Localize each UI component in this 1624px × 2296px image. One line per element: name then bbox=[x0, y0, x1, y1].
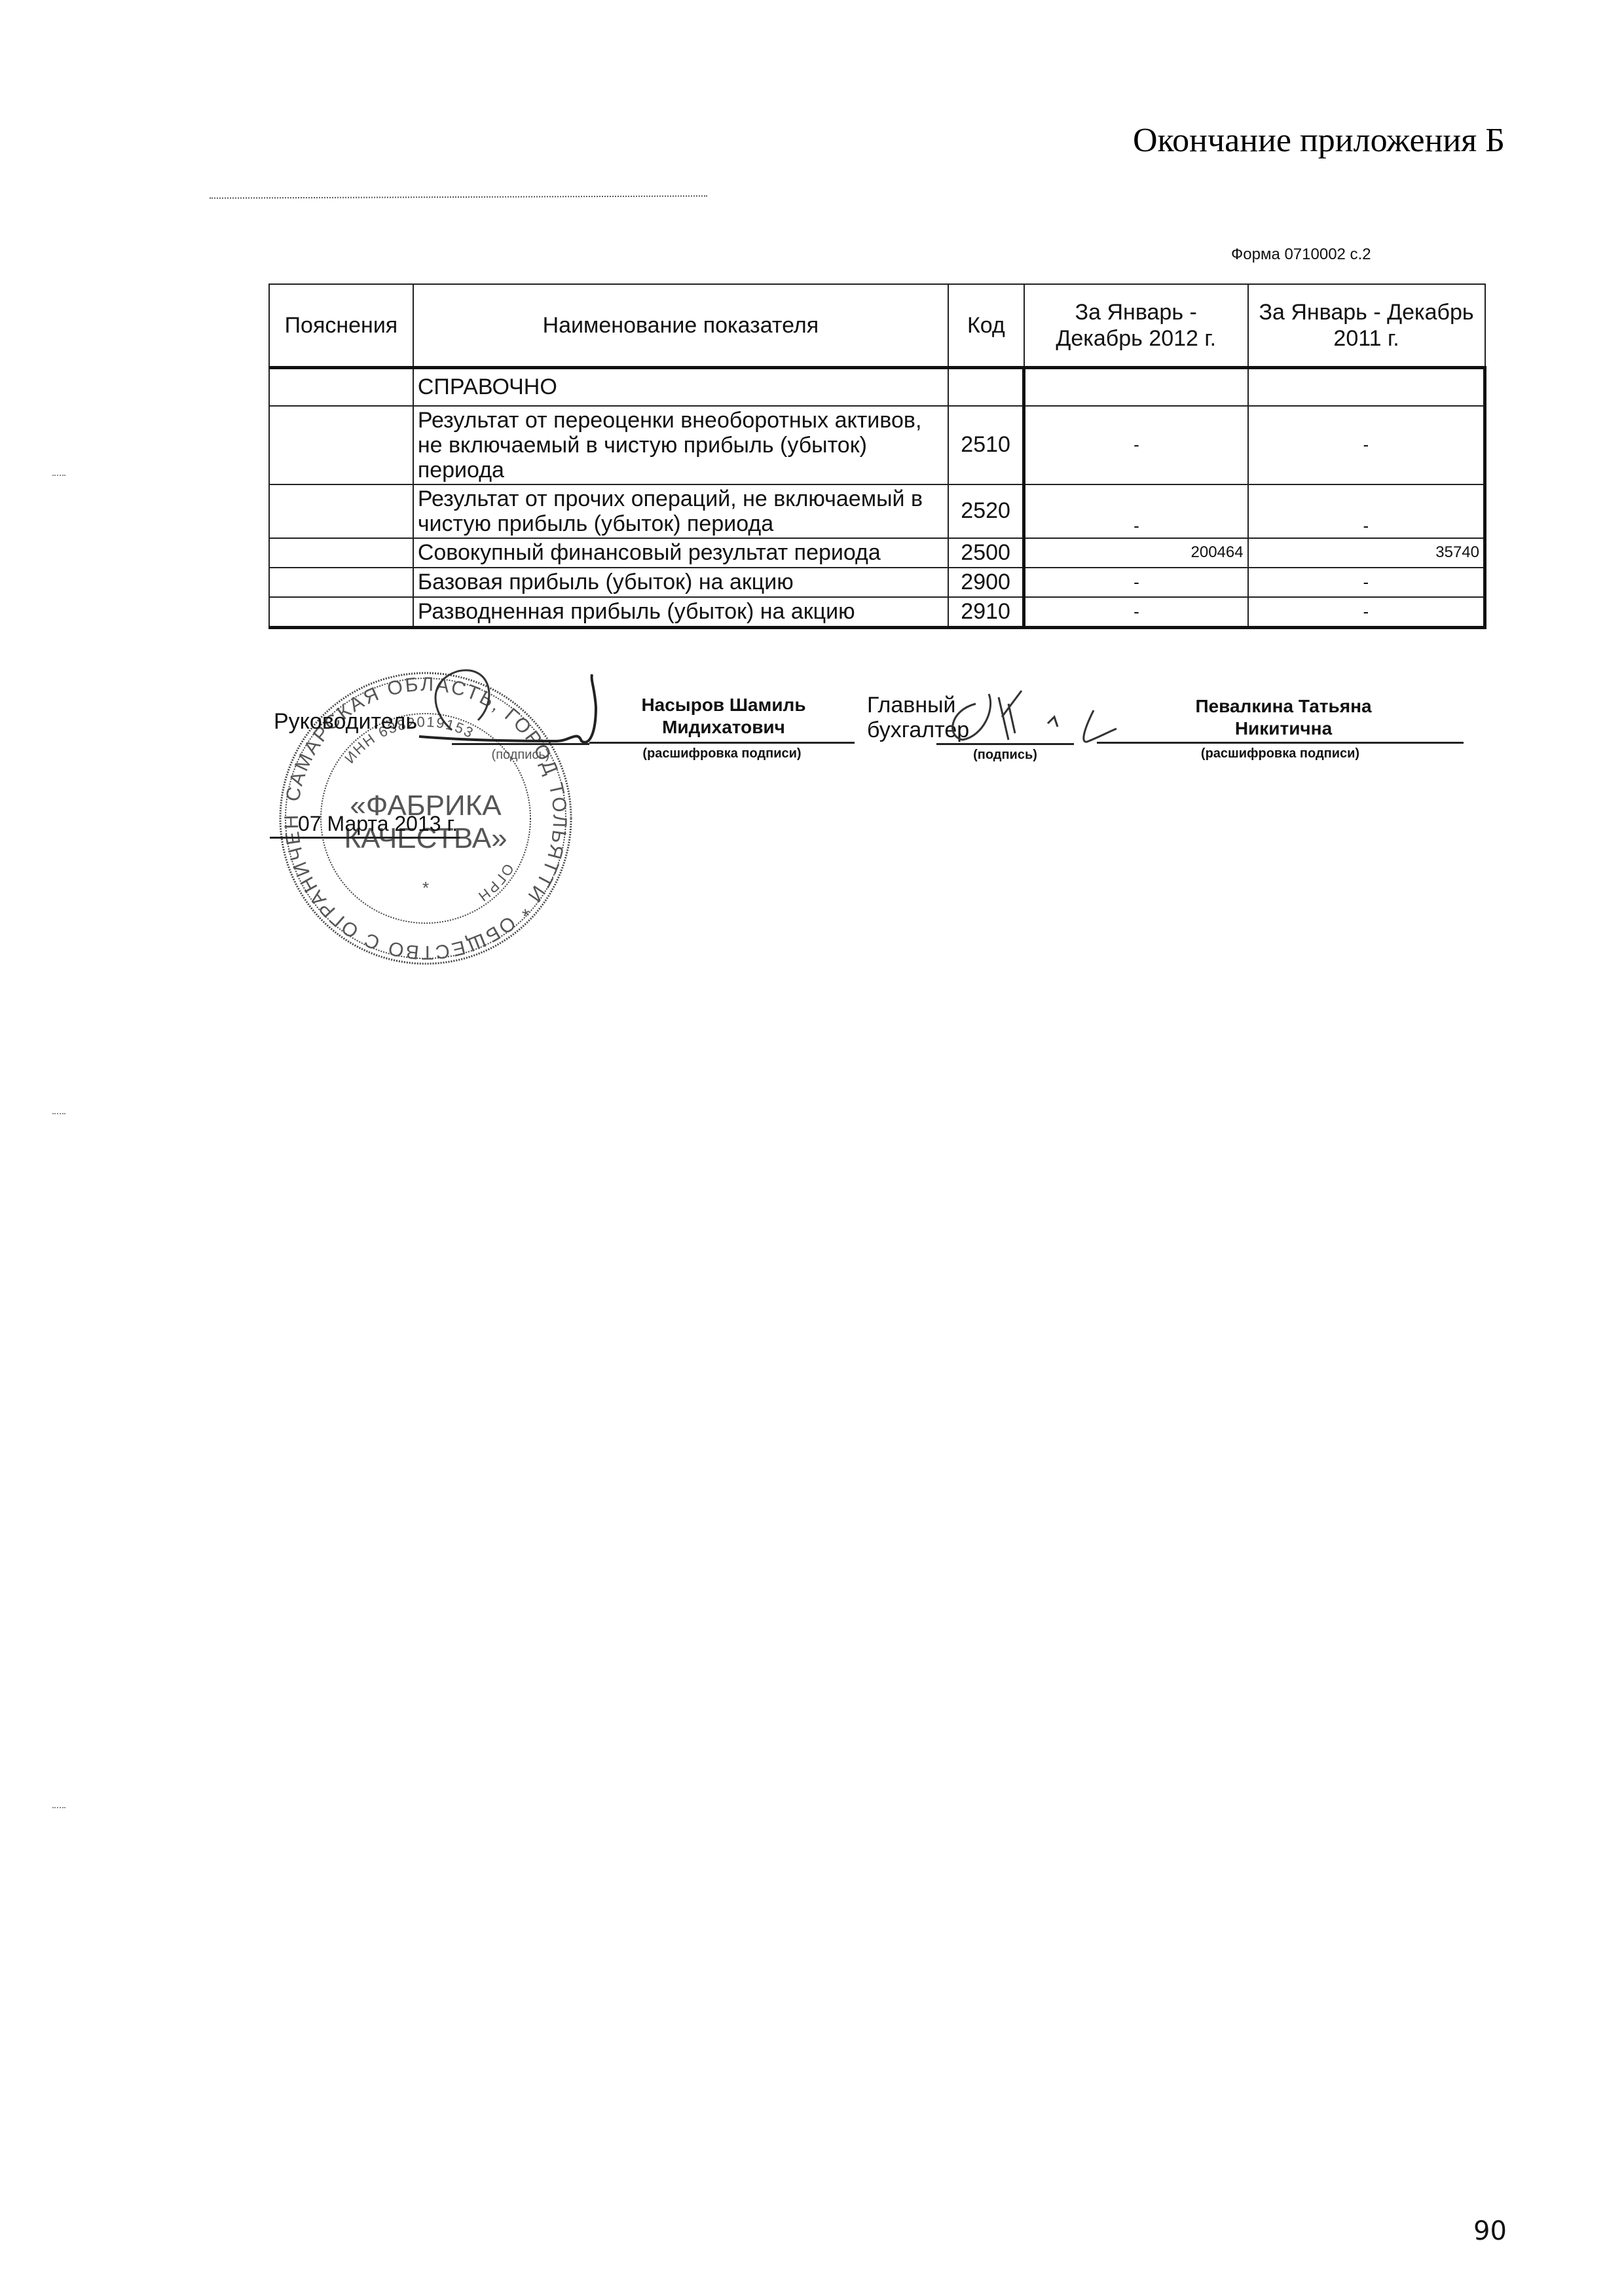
table-row: Совокупный финансовый результат периода … bbox=[269, 538, 1485, 568]
row-name: Совокупный финансовый результат периода bbox=[413, 538, 948, 568]
row-code: 2500 bbox=[948, 538, 1024, 568]
row-value-2011: - bbox=[1248, 484, 1485, 538]
signing-date: 07 Марта 2013 г. bbox=[298, 812, 458, 836]
row-name: СПРАВОЧНО bbox=[413, 368, 948, 406]
chief-accountant-name-line1: Певалкина Татьяна bbox=[1100, 695, 1467, 718]
head-name: Насыров Шамиль Мидихатович bbox=[593, 694, 855, 738]
row-explanation bbox=[269, 538, 413, 568]
row-value-2012: - bbox=[1024, 406, 1248, 484]
table-row: СПРАВОЧНО bbox=[269, 368, 1485, 406]
date-line bbox=[270, 837, 460, 839]
chief-accountant-name-line2: Никитична bbox=[1100, 718, 1467, 740]
page-number: 90 bbox=[1473, 2216, 1507, 2246]
chief-accountant-signature-line bbox=[936, 743, 1074, 745]
row-name: Разводненная прибыль (убыток) на акцию bbox=[413, 597, 948, 628]
form-code: Форма 0710002 с.2 bbox=[1231, 246, 1371, 264]
top-rule-divider bbox=[210, 195, 707, 198]
stamp-star-icon: * bbox=[422, 878, 429, 898]
header-indicator-name: Наименование показателя bbox=[413, 284, 948, 368]
head-handwritten-signature-icon bbox=[406, 668, 602, 753]
appendix-title: Окончание приложения Б bbox=[1133, 121, 1505, 160]
financial-results-table: Пояснения Наименование показателя Код За… bbox=[268, 283, 1486, 629]
row-code: 2910 bbox=[948, 597, 1024, 628]
row-value-2011: - bbox=[1248, 597, 1485, 628]
head-name-line2: Мидихатович bbox=[593, 716, 855, 738]
header-code: Код bbox=[948, 284, 1024, 368]
table-row: Результат от переоценки внеоборотных акт… bbox=[269, 406, 1485, 484]
chief-accountant-signature-caption: (подпись) bbox=[936, 748, 1074, 763]
row-explanation bbox=[269, 406, 413, 484]
row-explanation bbox=[269, 484, 413, 538]
row-value-2011: 35740 bbox=[1248, 538, 1485, 568]
row-explanation bbox=[269, 597, 413, 628]
row-value-2012: - bbox=[1024, 568, 1248, 597]
scan-mark bbox=[52, 1807, 65, 1808]
row-explanation bbox=[269, 568, 413, 597]
scan-mark bbox=[52, 475, 65, 476]
stamp-ogrn: ОГРН bbox=[474, 861, 517, 905]
header-period-2011: За Январь - Декабрь 2011 г. bbox=[1248, 284, 1485, 368]
head-name-line1: Насыров Шамиль bbox=[593, 694, 855, 716]
row-code: 2900 bbox=[948, 568, 1024, 597]
head-label: Руководитель bbox=[274, 709, 417, 735]
chief-accountant-name: Певалкина Татьяна Никитична bbox=[1100, 695, 1467, 740]
row-value-2011 bbox=[1248, 368, 1485, 406]
row-code: 2520 bbox=[948, 484, 1024, 538]
header-period-2012: За Январь - Декабрь 2012 г. bbox=[1024, 284, 1248, 368]
table-header-row: Пояснения Наименование показателя Код За… bbox=[269, 284, 1485, 368]
row-code bbox=[948, 368, 1024, 406]
row-value-2011: - bbox=[1248, 568, 1485, 597]
row-value-2012: - bbox=[1024, 484, 1248, 538]
row-value-2012: 200464 bbox=[1024, 538, 1248, 568]
table-row: Результат от прочих операций, не включае… bbox=[269, 484, 1485, 538]
chief-accountant-name-line bbox=[1097, 742, 1464, 744]
scan-mark bbox=[52, 1113, 65, 1114]
table-row: Базовая прибыль (убыток) на акцию 2900 -… bbox=[269, 568, 1485, 597]
row-name: Базовая прибыль (убыток) на акцию bbox=[413, 568, 948, 597]
row-name: Результат от прочих операций, не включае… bbox=[413, 484, 948, 538]
row-value-2012 bbox=[1024, 368, 1248, 406]
head-name-caption: (расшифровка подписи) bbox=[589, 746, 855, 761]
row-value-2012: - bbox=[1024, 597, 1248, 628]
table-row: Разводненная прибыль (убыток) на акцию 2… bbox=[269, 597, 1485, 628]
row-value-2011: - bbox=[1248, 406, 1485, 484]
row-code: 2510 bbox=[948, 406, 1024, 484]
row-name: Результат от переоценки внеоборотных акт… bbox=[413, 406, 948, 484]
header-explanations: Пояснения bbox=[269, 284, 413, 368]
head-name-line bbox=[589, 742, 855, 744]
svg-text:ОГРН: ОГРН bbox=[474, 861, 517, 905]
row-explanation bbox=[269, 368, 413, 406]
chief-accountant-name-caption: (расшифровка подписи) bbox=[1097, 746, 1464, 761]
